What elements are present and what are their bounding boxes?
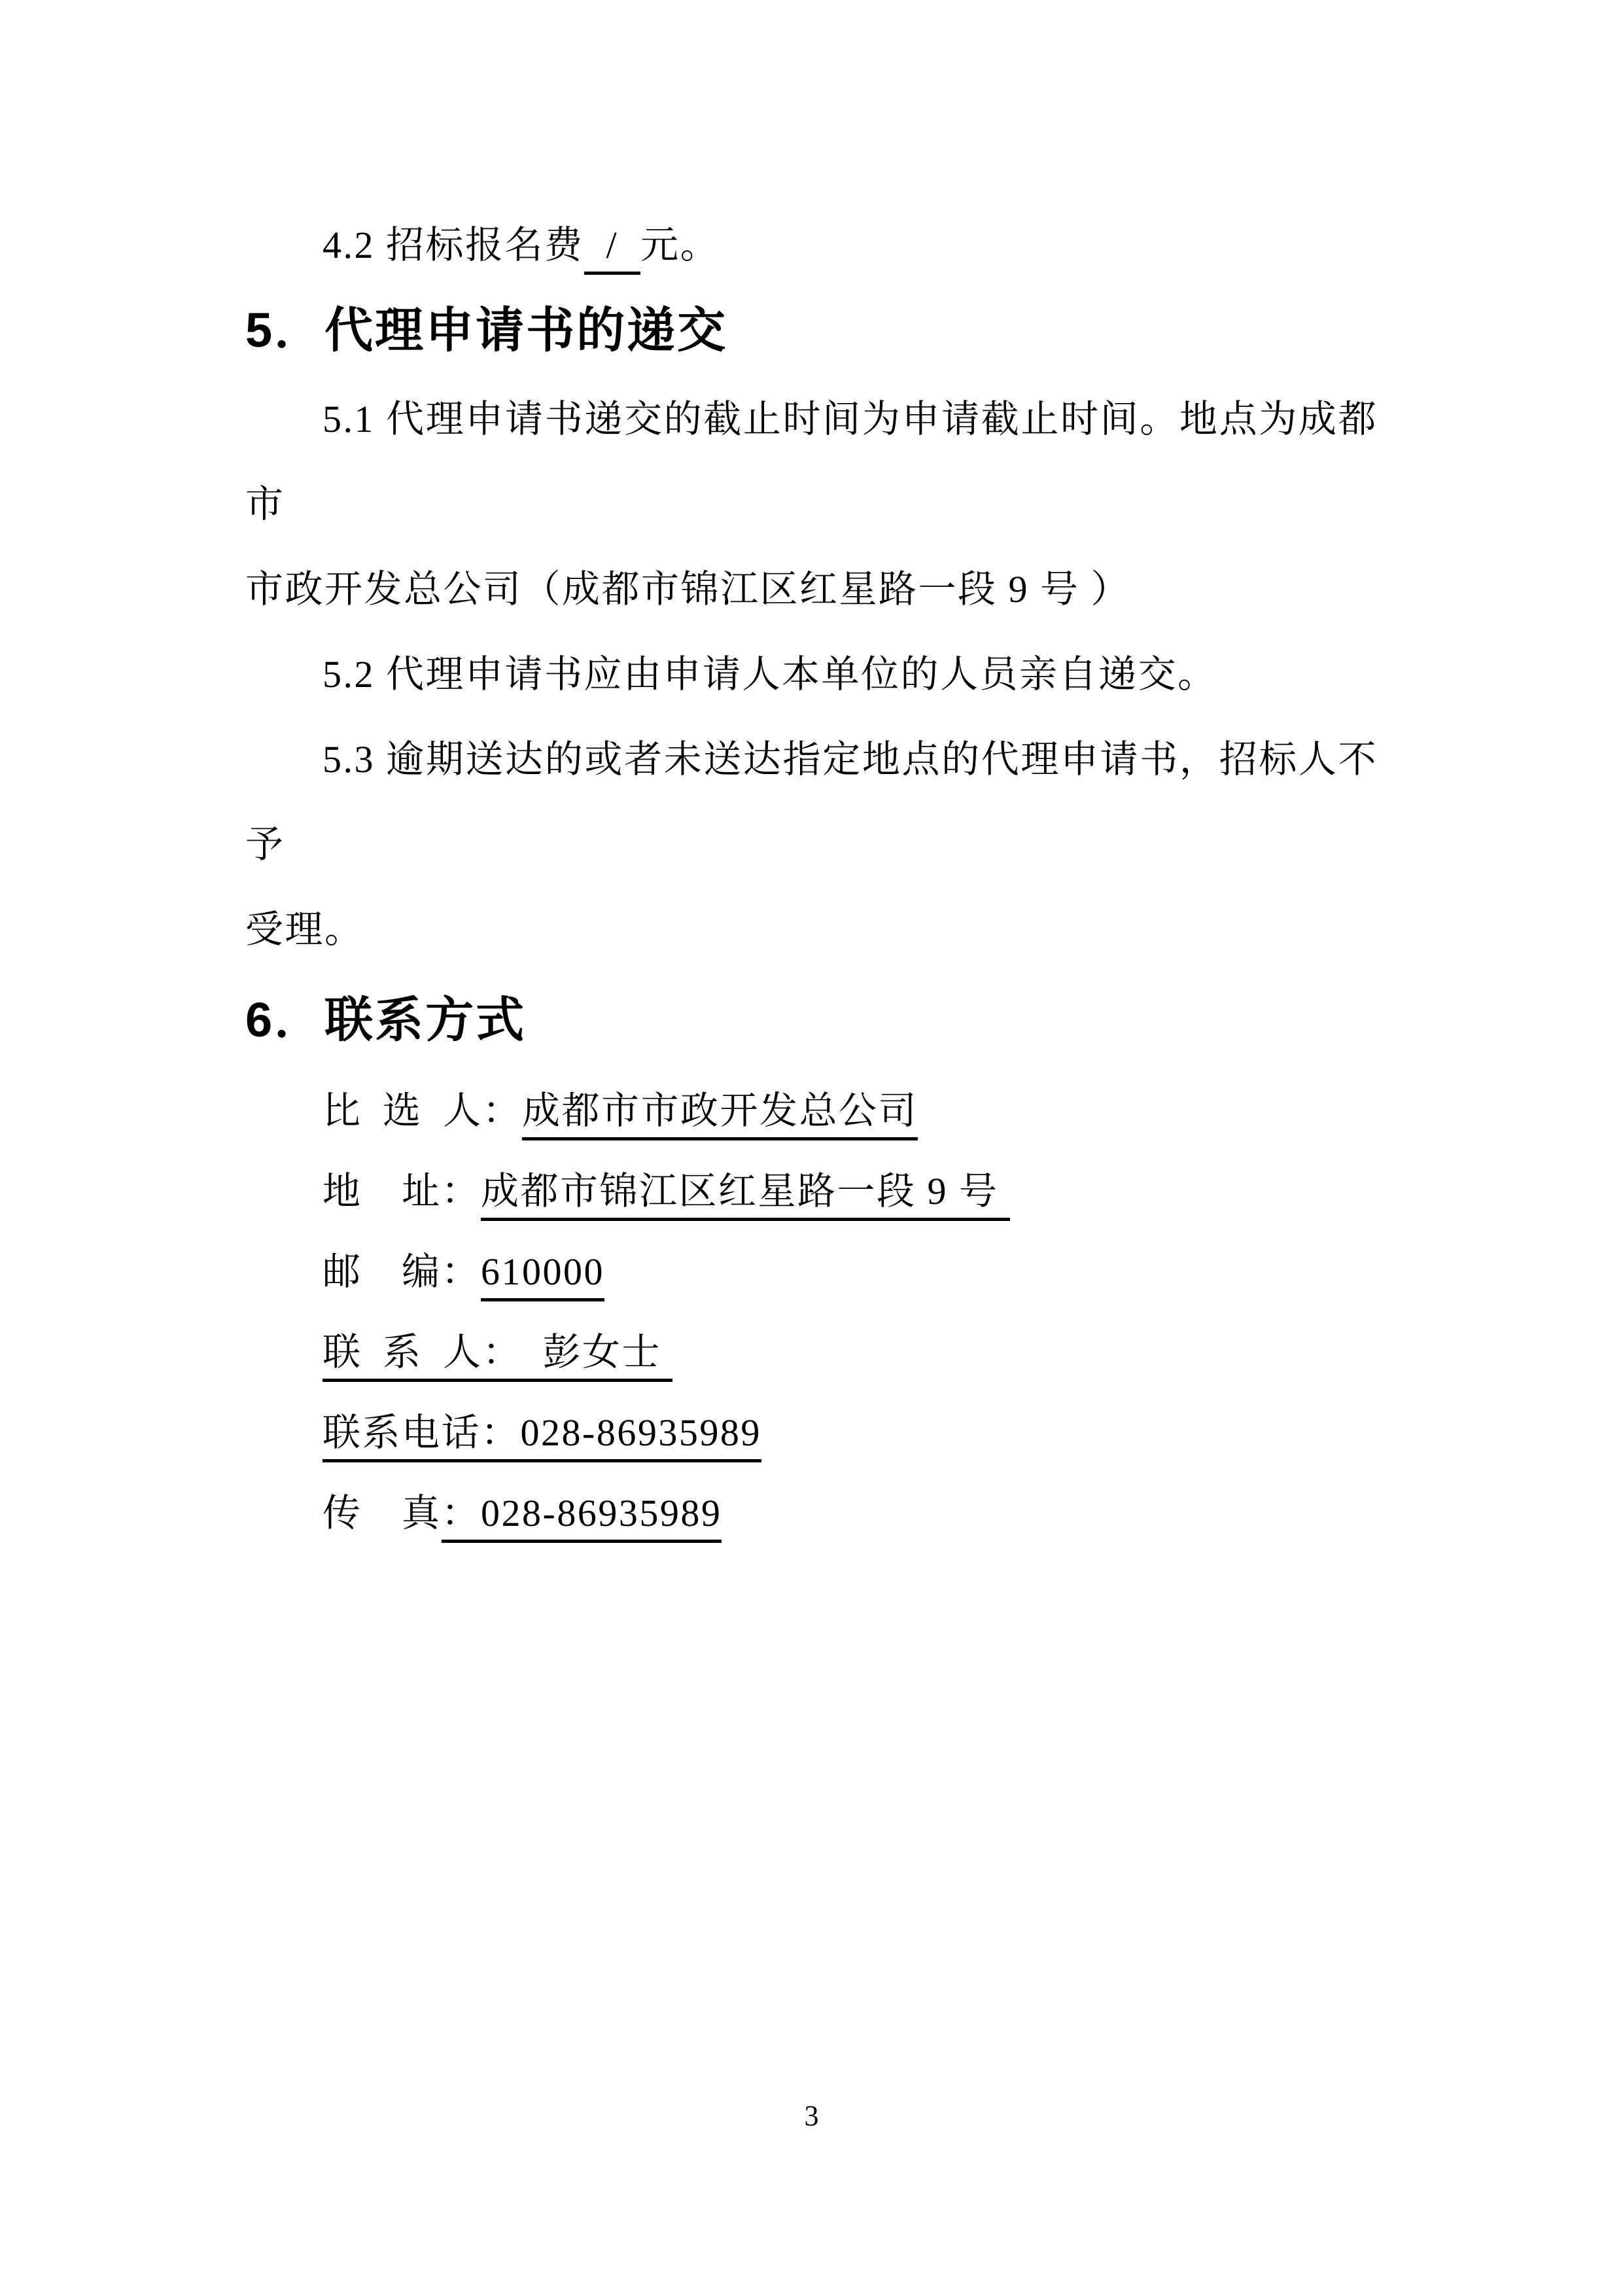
contact-label: 地 址： [323,1170,481,1212]
paragraph-4-2-unit: 元。 [640,224,720,266]
contact-value: 成都市锦江区红星路一段 9 号 [481,1170,1010,1221]
contact-row-bidder: 比 选 人：成都市市政开发总公司 [245,1070,1378,1151]
paragraph-5-3: 5.3 逾期送达的或者未送达指定地点的代理申请书，招标人不予 受理。 [245,717,1378,972]
contact-label: 比 选 人： [323,1089,522,1132]
section-heading-6: 6．联系方式 [245,992,1378,1048]
paragraph-4-2: 4.2 招标报名费 / 元。 [245,203,1378,288]
contact-label: 传 真 [323,1492,442,1534]
section-heading-5: 5．代理申请书的递交 [245,302,1378,359]
contact-underlined-line: 联 系 人： 彭女士 [323,1331,672,1382]
contact-value: 彭女士 [503,1331,672,1373]
contact-row-fax: 传 真：028-86935989 [245,1473,1378,1553]
paragraph-5-3-line-2: 受理。 [245,887,1378,972]
paragraph-5-1-line-1: 5.1 代理申请书递交的截止时间为申请截止时间。地点为成都市 [245,377,1378,547]
contact-value: 成都市市政开发总公司 [522,1089,918,1140]
contact-row-postcode: 邮 编：610000 [245,1231,1378,1312]
paragraph-5-1: 5.1 代理申请书递交的截止时间为申请截止时间。地点为成都市 市政开发总公司（成… [245,377,1378,632]
contact-label: 联系电话： [323,1411,521,1454]
contact-underlined-line: 联系电话：028-86935989 [323,1411,761,1462]
contact-row-address: 地 址：成都市锦江区红星路一段 9 号 [245,1151,1378,1231]
paragraph-4-2-text: 4.2 招标报名费 [323,224,584,266]
contact-value: 028-86935989 [521,1411,761,1454]
contact-label: 联 系 人： [323,1331,503,1373]
paragraph-5-1-line-2: 市政开发总公司（成都市锦江区红星路一段 9 号 ） [245,547,1378,632]
page-number: 3 [0,2099,1623,2133]
paragraph-5-2: 5.2 代理申请书应由申请人本单位的人员亲自递交。 [245,632,1378,717]
contact-row-phone: 联系电话：028-86935989 [245,1392,1378,1473]
paragraph-5-3-line-1: 5.3 逾期送达的或者未送达指定地点的代理申请书，招标人不予 [245,717,1378,887]
contact-label: 邮 编： [323,1250,481,1293]
contact-value: 610000 [481,1250,604,1301]
contact-row-person: 联 系 人： 彭女士 [245,1312,1378,1392]
document-page: 4.2 招标报名费 / 元。 5．代理申请书的递交 5.1 代理申请书递交的截止… [0,0,1623,2296]
contact-value: ：028-86935989 [442,1492,722,1543]
fee-blank-underline: / [584,224,641,275]
